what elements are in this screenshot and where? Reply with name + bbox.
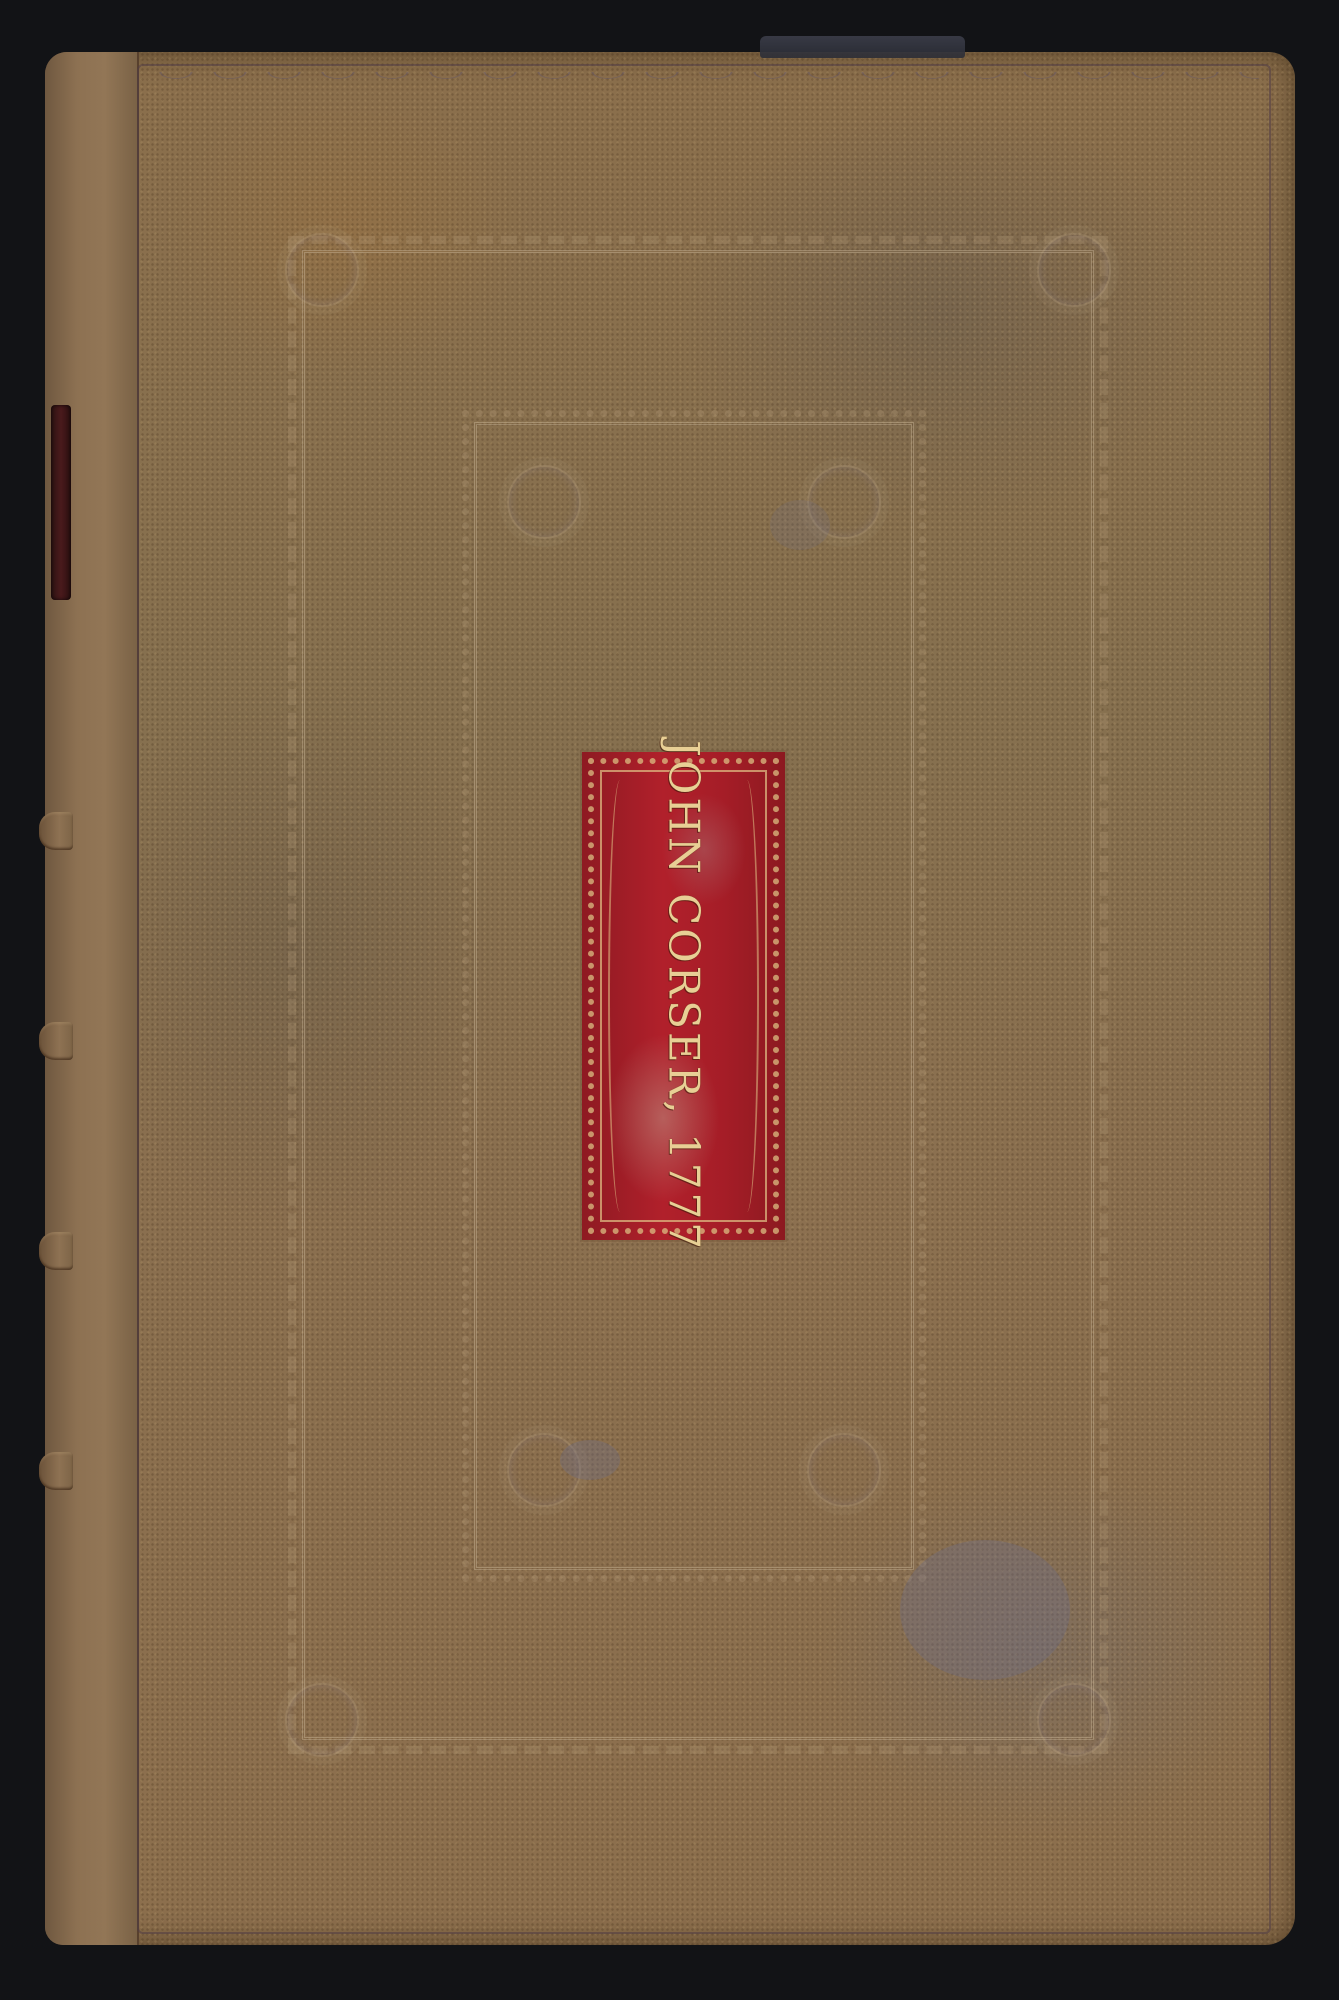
label-vine-ornament bbox=[608, 780, 632, 1212]
worn-edge-spot bbox=[760, 36, 965, 58]
spine-raised-band bbox=[39, 812, 73, 850]
spine-raised-band bbox=[39, 1452, 73, 1490]
book-spine bbox=[45, 52, 139, 1945]
spine-raised-band bbox=[39, 1232, 73, 1270]
spine-label bbox=[51, 405, 71, 600]
label-text: JOHN CORSER, 1777 bbox=[659, 740, 708, 1252]
label-vine-ornament bbox=[735, 780, 759, 1212]
leather-stain bbox=[560, 1440, 620, 1480]
leather-stain bbox=[900, 1540, 1070, 1680]
leather-stain bbox=[770, 500, 830, 550]
title-label: JOHN CORSER, 1777 bbox=[582, 752, 785, 1240]
spine-raised-band bbox=[39, 1022, 73, 1060]
